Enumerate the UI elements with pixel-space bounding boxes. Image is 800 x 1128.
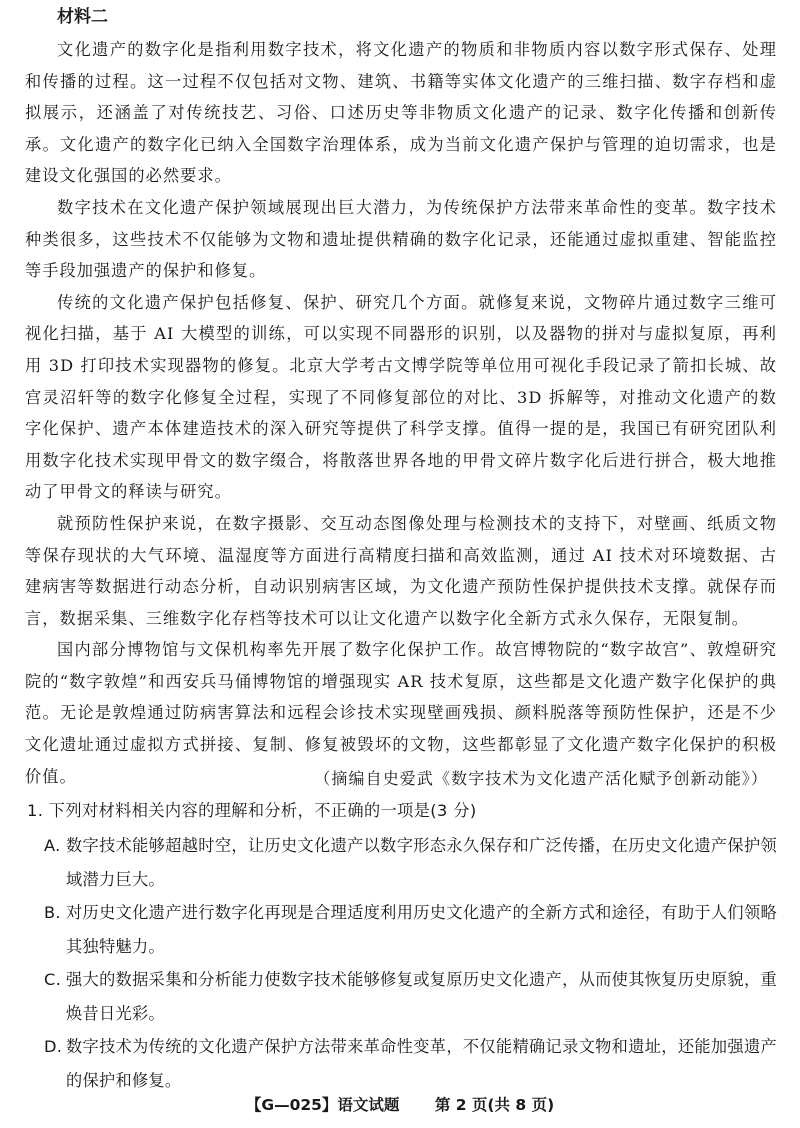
option-text: 对历史文化遗产进行数字化再现是合理适度利用历史文化遗产的全新方式和途径，有助于人… bbox=[66, 896, 777, 963]
paragraph-4: 就预防性保护来说，在数字摄影、交互动态图像处理与检测技术的支持下，对壁画、纸质文… bbox=[25, 508, 777, 634]
question-1: 1. 下列对材料相关内容的理解和分析，不正确的一项是(3 分) A. 数字技术能… bbox=[27, 796, 777, 1097]
option-text: 数字技术能够超越时空，让历史文化遗产以数字形态永久保存和广泛传播，在历史文化遗产… bbox=[66, 829, 777, 896]
page-number: 第 2 页(共 8 页) bbox=[435, 1096, 554, 1114]
page-footer: 【G—025】语文试题 第 2 页(共 8 页) bbox=[0, 1094, 800, 1116]
option-label: A. bbox=[44, 829, 66, 896]
source-citation: （摘编自史爱武《数字技术为文化遗产活化赋予创新动能》） bbox=[314, 764, 768, 794]
option-c: C. 强大的数据采集和分析能力使数字技术能够修复或复原历史文化遗产，从而使其恢复… bbox=[44, 963, 777, 1030]
paragraph-1: 文化遗产的数字化是指利用数字技术，将文化遗产的物质和非物质内容以数字形式保存、处… bbox=[25, 34, 777, 192]
section-title: 材料二 bbox=[57, 6, 108, 28]
option-text: 数字技术为传统的文化遗产保护方法带来革命性变革，不仅能精确记录文物和遗址，还能加… bbox=[66, 1030, 777, 1097]
exam-page: 材料二 文化遗产的数字化是指利用数字技术，将文化遗产的物质和非物质内容以数字形式… bbox=[0, 0, 800, 1128]
option-a: A. 数字技术能够超越时空，让历史文化遗产以数字形态永久保存和广泛传播，在历史文… bbox=[44, 829, 777, 896]
option-label: D. bbox=[44, 1030, 66, 1097]
paragraph-3: 传统的文化遗产保护包括修复、保护、研究几个方面。就修复来说，文物碎片通过数字三维… bbox=[25, 287, 777, 508]
option-label: B. bbox=[44, 896, 66, 963]
passage: 文化遗产的数字化是指利用数字技术，将文化遗产的物质和非物质内容以数字形式保存、处… bbox=[25, 34, 777, 792]
paragraph-2: 数字技术在文化遗产保护领域展现出巨大潜力，为传统保护方法带来革命性的变革。数字技… bbox=[25, 192, 777, 287]
option-d: D. 数字技术为传统的文化遗产保护方法带来革命性变革，不仅能精确记录文物和遗址，… bbox=[44, 1030, 777, 1097]
exam-code: 【G—025】语文试题 bbox=[246, 1096, 400, 1114]
option-b: B. 对历史文化遗产进行数字化再现是合理适度利用历史文化遗产的全新方式和途径，有… bbox=[44, 896, 777, 963]
option-text: 强大的数据采集和分析能力使数字技术能够修复或复原历史文化遗产，从而使其恢复历史原… bbox=[66, 963, 777, 1030]
option-label: C. bbox=[44, 963, 66, 1030]
question-stem: 1. 下列对材料相关内容的理解和分析，不正确的一项是(3 分) bbox=[27, 796, 777, 826]
